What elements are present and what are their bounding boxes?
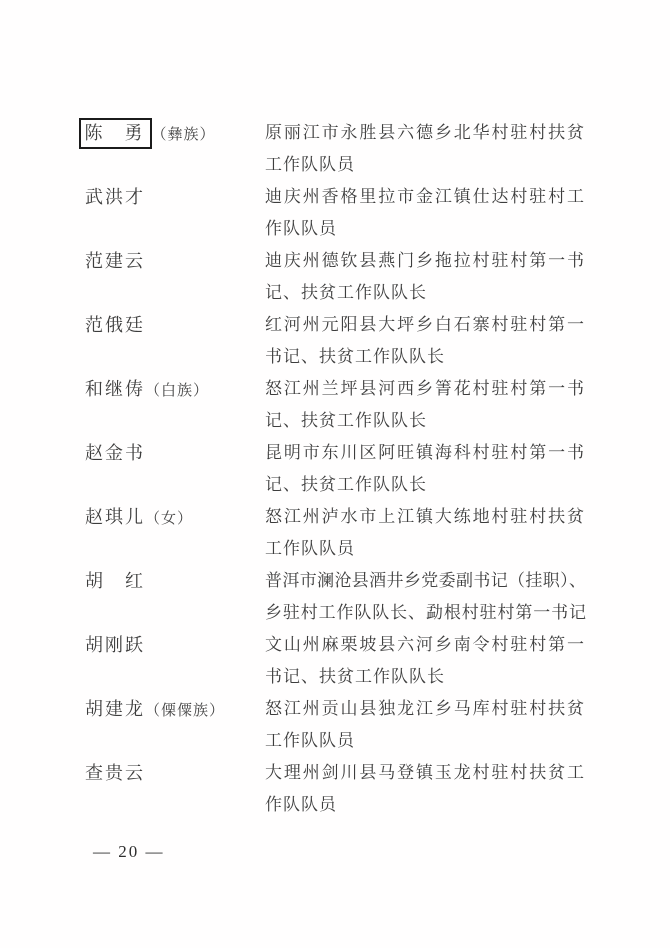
ethnic-tag: （女）: [145, 511, 193, 527]
description: 昆明市东川区阿旺镇海科村驻村第一书记、扶贫工作队队长: [265, 437, 585, 501]
description-line: 大理州剑川县马登镇玉龙村驻村扶贫工: [265, 757, 585, 789]
entry-row: 胡刚跃 文山州麻栗坡县六河乡南令村驻村第一书记、扶贫工作队队长: [85, 629, 587, 693]
entry-row: 范建云 迪庆州德钦县燕门乡拖拉村驻村第一书记、扶贫工作队队长: [85, 245, 587, 309]
name-cell: 胡 红: [85, 565, 265, 597]
description: 怒江州泸水市上江镇大练地村驻村扶贫工作队队员: [265, 501, 585, 565]
name-cell: 武洪才: [85, 181, 265, 213]
description-line: 原丽江市永胜县六德乡北华村驻村扶贫: [265, 117, 585, 149]
description: 普洱市澜沧县酒井乡党委副书记（挂职）、乡驻村工作队队长、勐根村驻村第一书记: [265, 565, 585, 629]
page-footer: — 20 —: [93, 842, 165, 862]
person-name: 查贵云: [85, 763, 145, 783]
description-line: 红河州元阳县大坪乡白石寨村驻村第一: [265, 309, 585, 341]
description-line: 昆明市东川区阿旺镇海科村驻村第一书: [265, 437, 585, 469]
ethnic-tag: （彝族）: [152, 127, 216, 143]
name-cell: 胡刚跃: [85, 629, 265, 661]
description-line: 工作队队员: [265, 533, 585, 565]
entry-row: 陈 勇（彝族） 原丽江市永胜县六德乡北华村驻村扶贫工作队队员: [85, 117, 587, 181]
entry-row: 和继俦（白族） 怒江州兰坪县河西乡箐花村驻村第一书记、扶贫工作队队长: [85, 373, 587, 437]
description: 怒江州兰坪县河西乡箐花村驻村第一书记、扶贫工作队队长: [265, 373, 585, 437]
entry-row: 胡建龙（傈僳族） 怒江州贡山县独龙江乡马库村驻村扶贫工作队队员: [85, 693, 587, 757]
entry-row: 赵金书 昆明市东川区阿旺镇海科村驻村第一书记、扶贫工作队队长: [85, 437, 587, 501]
person-name: 范俄廷: [85, 315, 145, 335]
description-line: 迪庆州香格里拉市金江镇仕达村驻村工: [265, 181, 585, 213]
name-cell: 查贵云: [85, 757, 265, 789]
description-line: 迪庆州德钦县燕门乡拖拉村驻村第一书: [265, 245, 585, 277]
person-name: 胡 红: [85, 571, 145, 591]
description: 迪庆州香格里拉市金江镇仕达村驻村工作队队员: [265, 181, 585, 245]
entry-row: 赵琪儿（女） 怒江州泸水市上江镇大练地村驻村扶贫工作队队员: [85, 501, 587, 565]
person-name: 胡刚跃: [85, 635, 145, 655]
description-line: 书记、扶贫工作队队长: [265, 341, 585, 373]
description-line: 工作队队员: [265, 149, 585, 181]
description-line: 记、扶贫工作队队长: [265, 469, 585, 501]
description-line: 普洱市澜沧县酒井乡党委副书记（挂职）、: [265, 565, 585, 597]
person-name: 武洪才: [85, 187, 145, 207]
entry-row: 查贵云 大理州剑川县马登镇玉龙村驻村扶贫工作队队员: [85, 757, 587, 821]
name-cell: 赵琪儿（女）: [85, 501, 265, 533]
ethnic-tag: （白族）: [145, 383, 209, 399]
description: 文山州麻栗坡县六河乡南令村驻村第一书记、扶贫工作队队长: [265, 629, 585, 693]
description-line: 怒江州泸水市上江镇大练地村驻村扶贫: [265, 501, 585, 533]
description-line: 工作队队员: [265, 725, 585, 757]
person-name: 赵金书: [85, 443, 145, 463]
description-line: 作队队员: [265, 213, 585, 245]
name-cell: 范俄廷: [85, 309, 265, 341]
description-line: 作队队员: [265, 789, 585, 821]
name-cell: 和继俦（白族）: [85, 373, 265, 405]
description: 大理州剑川县马登镇玉龙村驻村扶贫工作队队员: [265, 757, 585, 821]
description-line: 怒江州兰坪县河西乡箐花村驻村第一书: [265, 373, 585, 405]
person-name: 和继俦: [85, 379, 145, 399]
person-name: 胡建龙: [85, 699, 145, 719]
name-cell: 范建云: [85, 245, 265, 277]
description: 红河州元阳县大坪乡白石寨村驻村第一书记、扶贫工作队队长: [265, 309, 585, 373]
page-number: — 20 —: [93, 842, 165, 861]
name-cell: 胡建龙（傈僳族）: [85, 693, 265, 725]
person-name: 陈 勇: [79, 118, 152, 149]
document-page: 陈 勇（彝族） 原丽江市永胜县六德乡北华村驻村扶贫工作队队员 武洪才 迪庆州香格…: [0, 0, 670, 948]
description-line: 乡驻村工作队队长、勐根村驻村第一书记: [265, 597, 585, 629]
description-line: 书记、扶贫工作队队长: [265, 661, 585, 693]
description: 原丽江市永胜县六德乡北华村驻村扶贫工作队队员: [265, 117, 585, 181]
person-name: 范建云: [85, 251, 145, 271]
description: 迪庆州德钦县燕门乡拖拉村驻村第一书记、扶贫工作队队长: [265, 245, 585, 309]
description-line: 记、扶贫工作队队长: [265, 277, 585, 309]
description-line: 记、扶贫工作队队长: [265, 405, 585, 437]
description-line: 文山州麻栗坡县六河乡南令村驻村第一: [265, 629, 585, 661]
description: 怒江州贡山县独龙江乡马库村驻村扶贫工作队队员: [265, 693, 585, 757]
person-name: 赵琪儿: [85, 507, 145, 527]
entry-row: 胡 红 普洱市澜沧县酒井乡党委副书记（挂职）、乡驻村工作队队长、勐根村驻村第一书…: [85, 565, 587, 629]
ethnic-tag: （傈僳族）: [145, 703, 225, 719]
entry-row: 范俄廷 红河州元阳县大坪乡白石寨村驻村第一书记、扶贫工作队队长: [85, 309, 587, 373]
entry-row: 武洪才 迪庆州香格里拉市金江镇仕达村驻村工作队队员: [85, 181, 587, 245]
name-cell: 赵金书: [85, 437, 265, 469]
description-line: 怒江州贡山县独龙江乡马库村驻村扶贫: [265, 693, 585, 725]
name-cell: 陈 勇（彝族）: [85, 117, 265, 149]
entries-list: 陈 勇（彝族） 原丽江市永胜县六德乡北华村驻村扶贫工作队队员 武洪才 迪庆州香格…: [85, 117, 587, 821]
